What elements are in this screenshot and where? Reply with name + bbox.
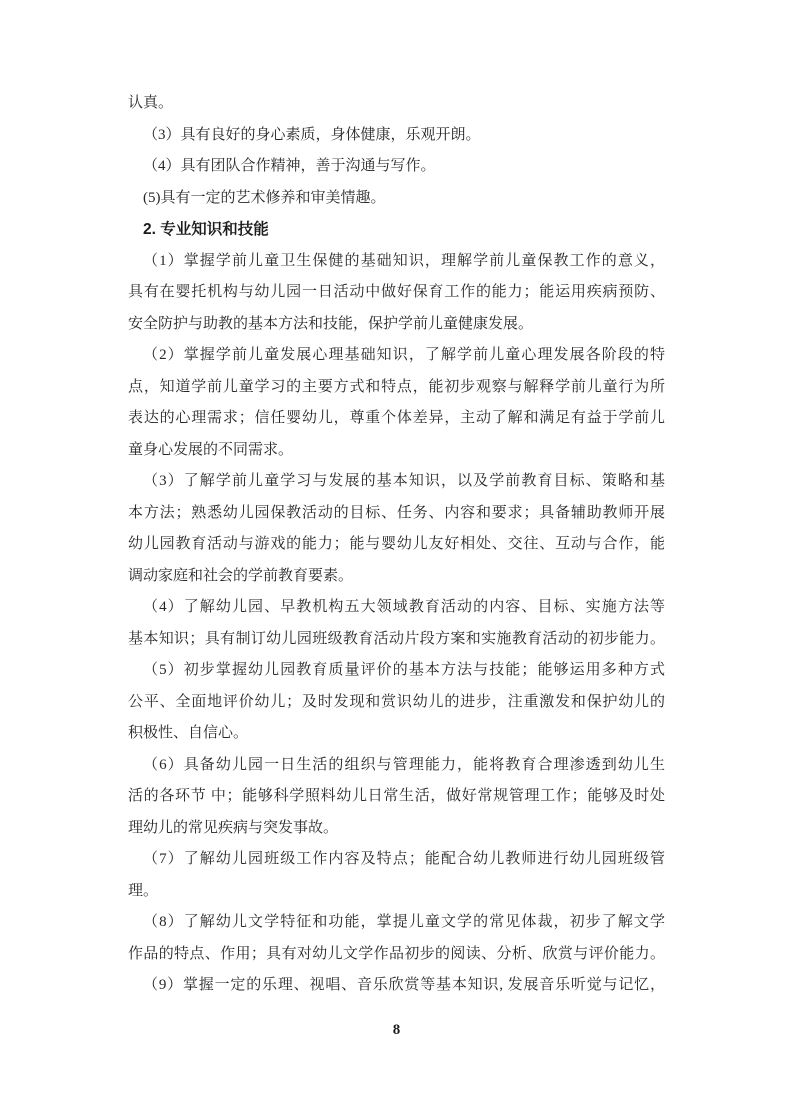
text-line: 调动家庭和社会的学前教育要素。 — [128, 561, 665, 593]
text-line: （9）掌握一定的乐理、视唱、音乐欣赏等基本知识, 发展音乐听觉与记忆， — [128, 970, 665, 1002]
text-line: 本方法；熟悉幼儿园保教活动的目标、任务、内容和要求；具备辅助教师开展 — [128, 498, 665, 530]
text-line: （8）了解幼儿文学特征和功能，掌提儿童文学的常见体裁，初步了解文学 — [128, 907, 665, 939]
text-line: 幼儿园教育活动与游戏的能力；能与婴幼儿友好相处、交往、互动与合作，能 — [128, 529, 665, 561]
text-line: 理幼儿的常见疾病与突发事故。 — [128, 813, 665, 845]
document-body: 认真。（3）具有良好的身心素质，身体健康，乐观开朗。（4）具有团队合作精神，善于… — [128, 88, 665, 1002]
section-heading: 2. 专业知识和技能 — [128, 214, 665, 246]
text-line: （7）了解幼儿园班级工作内容及特点；能配合幼儿教师进行幼儿园班级管 — [128, 844, 665, 876]
text-line: 公平、全面地评价幼儿；及时发现和赏识幼儿的进步，注重激发和保护幼儿的 — [128, 687, 665, 719]
text-line: (5)具有一定的艺术修养和审美情趣。 — [128, 183, 665, 215]
document-page: 认真。（3）具有良好的身心素质，身体健康，乐观开朗。（4）具有团队合作精神，善于… — [0, 0, 793, 1117]
page-number: 8 — [0, 1022, 793, 1039]
text-line: 童身心发展的不同需求。 — [128, 435, 665, 467]
text-line: 作品的特点、作用；具有对幼儿文学作品初步的阅读、分析、欣赏与评价能力。 — [128, 939, 665, 971]
text-line: 认真。 — [128, 88, 665, 120]
text-line: （6）具备幼儿园一日生活的组织与管理能力，能将教育合理渗透到幼儿生 — [128, 750, 665, 782]
text-line: （1）掌握学前儿童卫生保健的基础知识，理解学前儿童保教工作的意义， — [128, 246, 665, 278]
text-line: 安全防护与助教的基本方法和技能，保护学前儿童健康发展。 — [128, 309, 665, 341]
text-line: 积极性、自信心。 — [128, 718, 665, 750]
text-line: （3）了解学前儿童学习与发展的基本知识，以及学前教育目标、策略和基 — [128, 466, 665, 498]
text-line: 活的各环节 中；能够科学照料幼儿日常生活，做好常规管理工作；能够及时处 — [128, 781, 665, 813]
text-line: 点，知道学前儿童学习的主要方式和特点，能初步观察与解释学前儿童行为所 — [128, 372, 665, 404]
text-line: （4）具有团队合作精神，善于沟通与写作。 — [128, 151, 665, 183]
text-line: 基本知识；具有制订幼儿园班级教育活动片段方案和实施教育活动的初步能力。 — [128, 624, 665, 656]
text-line: （2）掌握学前儿童发展心理基础知识，了解学前儿童心理发展各阶段的特 — [128, 340, 665, 372]
text-line: 理。 — [128, 876, 665, 908]
text-line: （4）了解幼儿园、早教机构五大领域教育活动的内容、目标、实施方法等 — [128, 592, 665, 624]
text-line: （5）初步掌握幼儿园教育质量评价的基本方法与技能；能够运用多种方式 — [128, 655, 665, 687]
text-line: 具有在婴托机构与幼儿园一日活动中做好保育工作的能力；能运用疾病预防、 — [128, 277, 665, 309]
text-line: 表达的心理需求；信任婴幼儿，尊重个体差异，主动了解和满足有益于学前儿 — [128, 403, 665, 435]
text-line: （3）具有良好的身心素质，身体健康，乐观开朗。 — [128, 120, 665, 152]
